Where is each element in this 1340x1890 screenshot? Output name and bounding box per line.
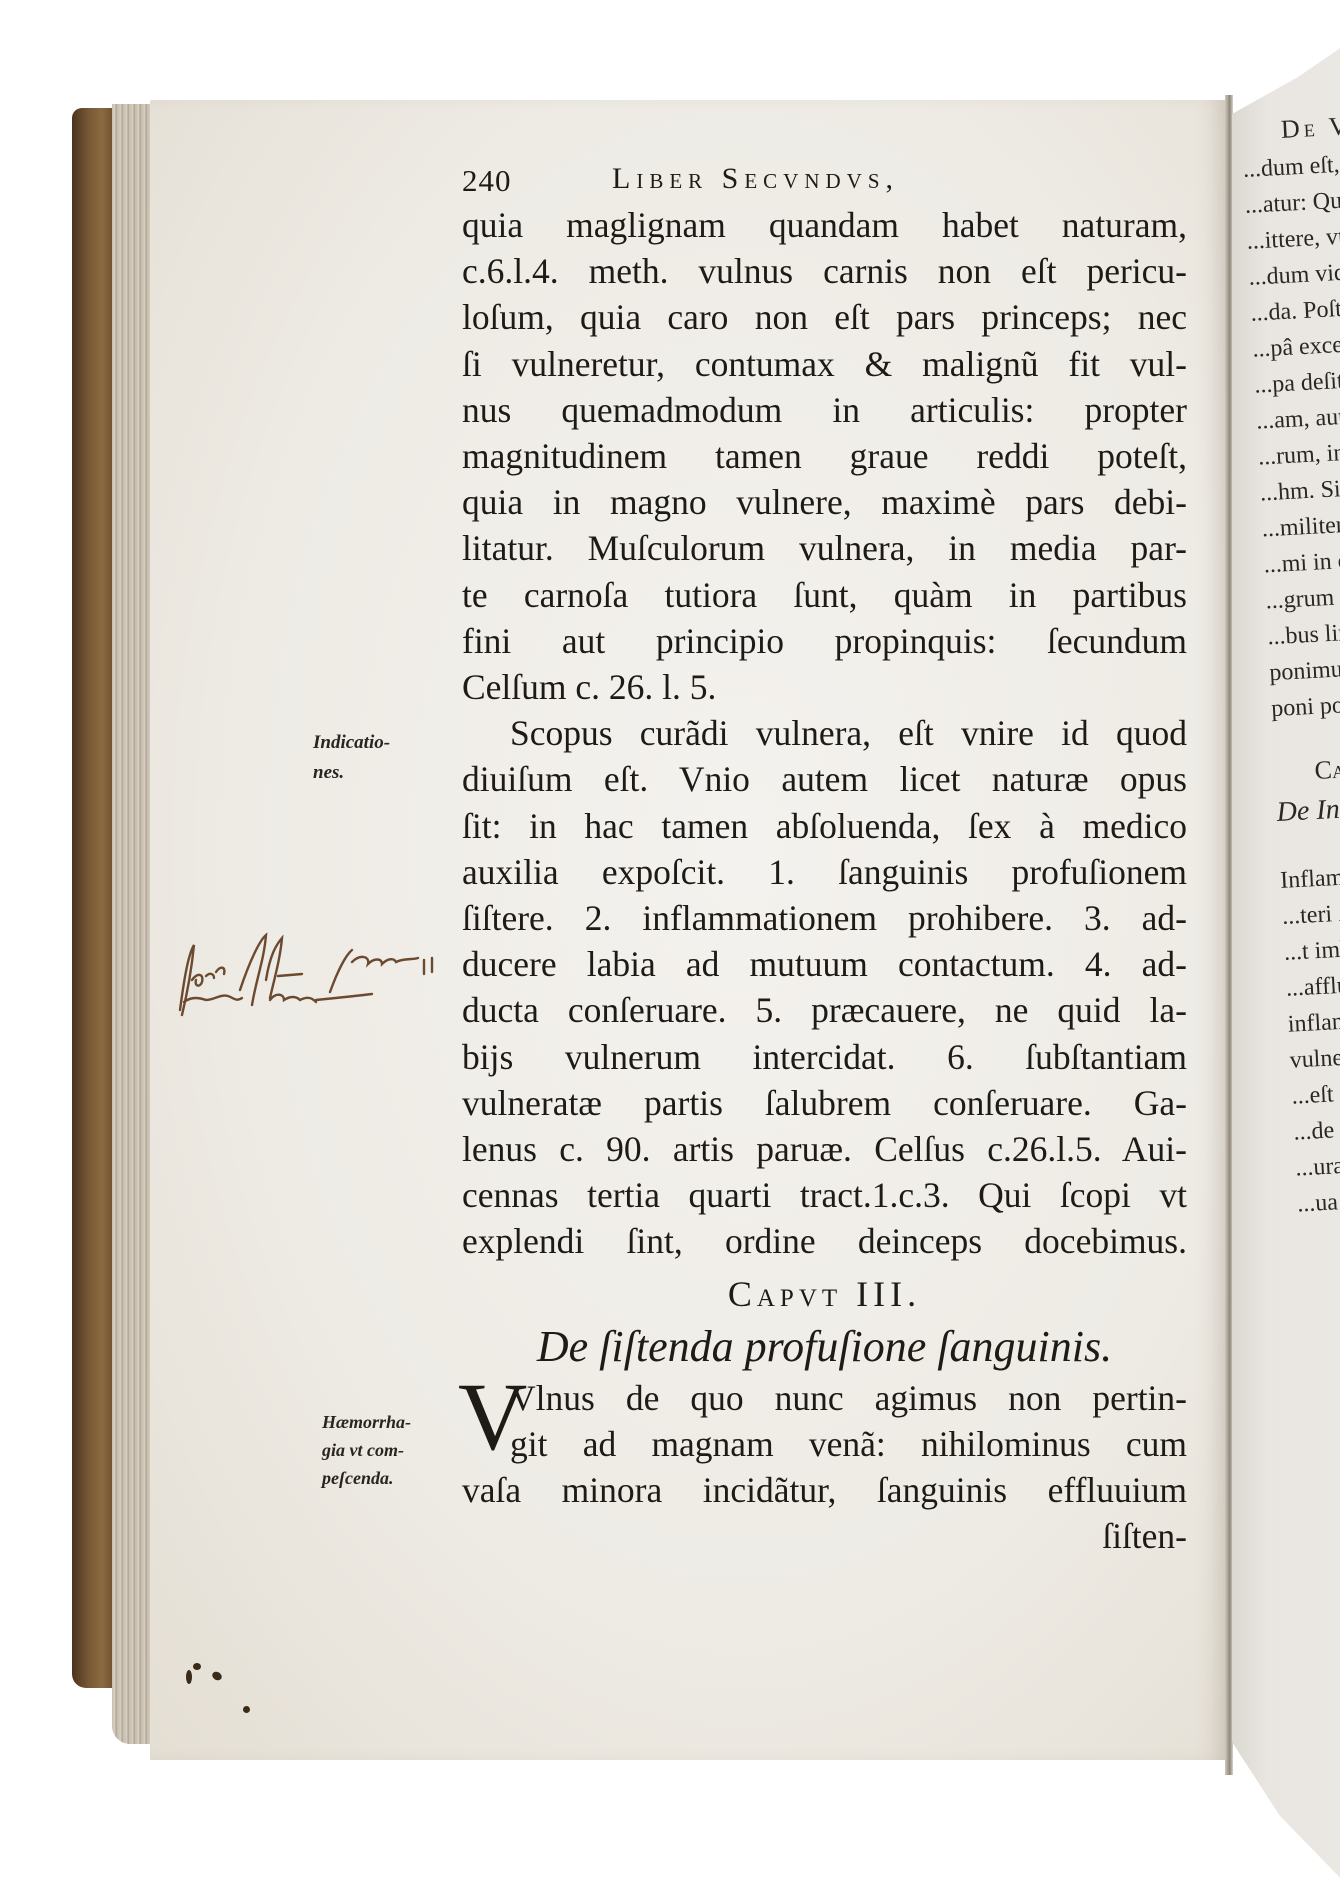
chapter-opening: V Vlnus de quo nunc agimus non pertin- g… bbox=[462, 1375, 1187, 1560]
marginal-note-haemorrhagia: Hæmorrha- gia vt com- peſcenda. bbox=[322, 1408, 411, 1492]
running-header: 240 Liber Secvndvs, bbox=[462, 158, 1187, 198]
text-line: fini aut principio propinquis: ſecundum bbox=[462, 618, 1187, 664]
marginal-note-line: peſcenda. bbox=[322, 1464, 411, 1492]
text-line: magnitudinem tamen graue reddi poteſt, bbox=[462, 433, 1187, 479]
text-line: loſum, quia caro non eſt pars princeps; … bbox=[462, 294, 1187, 340]
text-line: lenus c. 90. artis paruæ. Celſus c.26.l.… bbox=[462, 1126, 1187, 1172]
text-line: te carnoſa tutiora ſunt, quàm in partibu… bbox=[462, 572, 1187, 618]
book-gutter bbox=[1225, 95, 1233, 1775]
text-line: ducta conſeruare. 5. præcauere, ne quid … bbox=[462, 987, 1187, 1033]
marginal-note-line: Hæmorrha- bbox=[322, 1408, 411, 1436]
right-chapter-heading: Capvt bbox=[1274, 737, 1340, 793]
handwritten-annotation bbox=[170, 920, 470, 1020]
text-line: quia in magno vulnere, maximè pars debi- bbox=[462, 479, 1187, 525]
marginal-note-indicationes: Indicatio- nes. bbox=[313, 728, 390, 788]
right-page-partial: De Vvlne ...dum eſt, niſi ſpo ...atur: Q… bbox=[1232, 40, 1340, 1890]
text-line: Celſum c. 26. l. 5. bbox=[462, 664, 1187, 710]
right-running-head: De Vvlne bbox=[1240, 96, 1340, 152]
text-line: ſiſtere. 2. inflammationem prohibere. 3.… bbox=[462, 895, 1187, 941]
wormhole bbox=[243, 1706, 250, 1713]
text-line: litatur. Muſculorum vulnera, in media pa… bbox=[462, 525, 1187, 571]
marginal-note-line: nes. bbox=[313, 758, 390, 788]
text-line: ducere labia ad mutuum contactum. 4. ad- bbox=[462, 941, 1187, 987]
text-line: vaſa minora incidãtur, ſanguinis effluui… bbox=[462, 1467, 1187, 1513]
chapter-heading: Capvt III. bbox=[462, 1271, 1187, 1317]
text-line: Scopus curãdi vulnera, eſt vnire id quod bbox=[462, 710, 1187, 756]
catchword: ſiſten- bbox=[462, 1513, 1187, 1559]
text-line: vulneratæ partis ſalubrem conſeruare. Ga… bbox=[462, 1080, 1187, 1126]
text-line: ſit: in hac tamen abſoluenda, ſex à medi… bbox=[462, 803, 1187, 849]
chapter-title: De ſiſtenda profuſione ſanguinis. bbox=[462, 1319, 1187, 1375]
text-line: bijs vulnerum intercidat. 6. ſubſtantiam bbox=[462, 1034, 1187, 1080]
right-page-text: De Vvlne ...dum eſt, niſi ſpo ...atur: Q… bbox=[1240, 96, 1340, 1222]
text-line: explendi ſint, ordine deinceps docebimus… bbox=[462, 1218, 1187, 1264]
text-line: quia maglignam quandam habet naturam, bbox=[462, 202, 1187, 248]
page-number: 240 bbox=[462, 158, 512, 204]
drop-cap: V bbox=[458, 1377, 527, 1457]
text-line: diuiſum eſt. Vnio autem licet naturæ opu… bbox=[462, 756, 1187, 802]
marginal-note-line: Indicatio- bbox=[313, 728, 390, 758]
running-title: Liber Secvndvs, bbox=[612, 156, 899, 202]
text-line: Inflammatio, niſi pro bbox=[1279, 847, 1340, 899]
text-line: Vlnus de quo nunc agimus non pertin- bbox=[462, 1375, 1187, 1421]
text-line: cennas tertia quarti tract.1.c.3. Qui ſc… bbox=[462, 1172, 1187, 1218]
text-line: c.6.l.4. meth. vulnus carnis non eſt per… bbox=[462, 248, 1187, 294]
wormhole bbox=[193, 1663, 201, 1670]
left-page-text-block: 240 Liber Secvndvs, quia maglignam quand… bbox=[462, 158, 1187, 1559]
text-line: nus quemadmodum in articulis: propter bbox=[462, 387, 1187, 433]
text-line: ſi vulneretur, contumax & malignũ fit vu… bbox=[462, 341, 1187, 387]
wormhole bbox=[186, 1670, 192, 1684]
marginal-note-line: gia vt com- bbox=[322, 1436, 411, 1464]
text-line: auxilia expoſcit. 1. ſanguinis profuſion… bbox=[462, 849, 1187, 895]
text-line: git ad magnam venã: nihilominus cum bbox=[462, 1421, 1187, 1467]
